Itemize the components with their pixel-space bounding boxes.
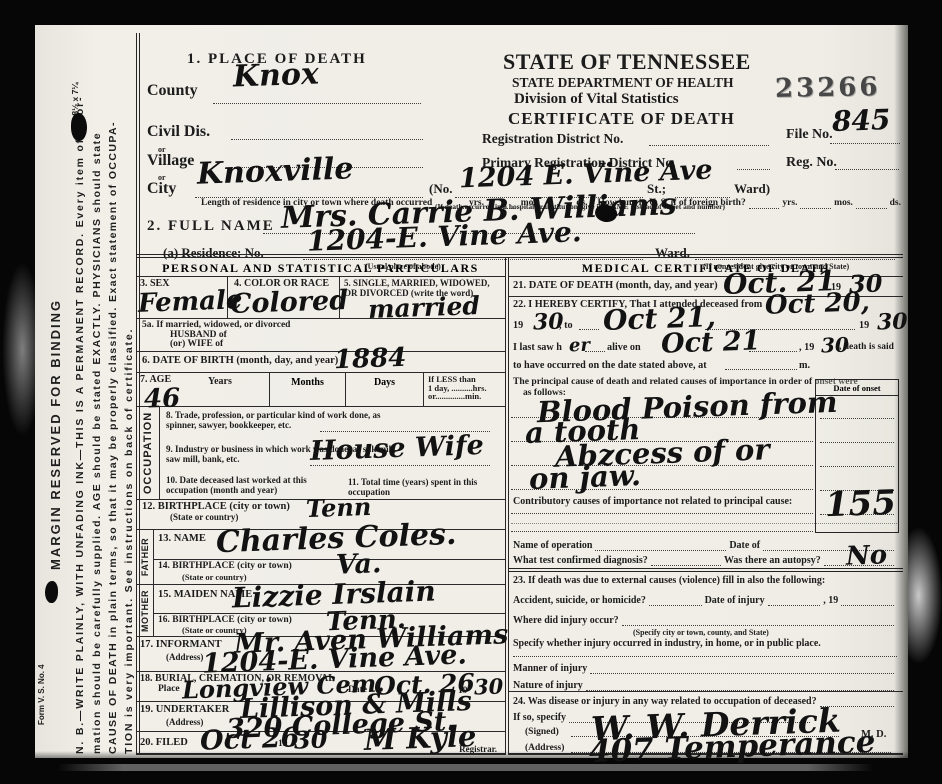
burial-year-value: 30 xyxy=(474,675,504,697)
autopsy-label: Was there an autopsy? xyxy=(724,556,821,566)
external-causes-block: 23. If death was due to external causes … xyxy=(509,572,903,692)
filed-row: 20. FILED Oct 26 19 30 M Kyle Registrar. xyxy=(136,732,505,755)
yrs-label: yrs. xyxy=(782,199,797,209)
occupation-content-cell: 8. Trade, profession, or particular kind… xyxy=(160,407,505,499)
spouse-row: 5a. If married, widowed, or divorced HUS… xyxy=(136,319,505,352)
dotted-line xyxy=(820,442,894,443)
item19-address-label: (Address) xyxy=(166,718,203,727)
age-years-cell: 7. AGE Years 46 xyxy=(136,373,270,406)
personal-section-title: PERSONAL AND STATISTICAL PARTICULARS xyxy=(136,258,505,277)
less-than-line3: or..............min. xyxy=(428,392,503,401)
mos-label: mos. xyxy=(834,199,853,209)
marital-cell: 5. SINGLE, MARRIED, WIDOWED, OR DIVORCED… xyxy=(340,277,505,318)
injury-date-label: Date of injury xyxy=(705,596,765,606)
specify-place-label: Specify whether injury occurred in indus… xyxy=(513,639,821,649)
age-days-cell: Days xyxy=(346,373,424,406)
dotted-line xyxy=(820,466,894,467)
occurred-label: to have occurred on the date stated abov… xyxy=(513,361,707,371)
physician-address-label: (Address) xyxy=(525,744,564,754)
item23-label: 23. If death was due to external causes … xyxy=(513,576,825,586)
dotted-line xyxy=(511,531,813,532)
sex-value: Female xyxy=(138,287,243,317)
city-label: City xyxy=(147,181,176,197)
dotted-line xyxy=(841,603,894,606)
item20-label: 20. FILED xyxy=(140,738,188,749)
signed-label: (Signed) xyxy=(525,728,559,738)
item14-label: 14. BIRTHPLACE (city or town) xyxy=(158,562,292,572)
father-label-cell: FATHER xyxy=(136,530,154,584)
division-title: Division of Vital Statistics xyxy=(514,92,679,107)
age-months-cell: Months xyxy=(270,373,346,406)
ink-blob xyxy=(71,113,87,141)
dob-label: 6. DATE OF BIRTH (month, day, and year) xyxy=(142,356,338,367)
certificate-stamp-number: 23266 xyxy=(775,74,881,102)
ds-label: ds. xyxy=(890,199,901,209)
ink-blob xyxy=(45,581,58,603)
operation-row: Name of operation Date of xyxy=(509,534,903,551)
dotted-line xyxy=(622,623,894,626)
item21-label: 21. DATE OF DEATH (month, day, and year) xyxy=(513,281,718,292)
cause-line-4: on jaw. xyxy=(529,461,642,494)
manner-injury-label: Manner of injury xyxy=(513,664,587,674)
burial-place-label: Place xyxy=(158,685,180,695)
specify-city-note: (Specify city or town, county, and State… xyxy=(633,629,769,637)
last-saw-label: I last saw h xyxy=(513,343,562,353)
attended-from-value: Oct 20, xyxy=(765,289,871,319)
dotted-line xyxy=(231,123,423,140)
age-value: 46 xyxy=(144,385,181,412)
father-block: FATHER 13. NAME Charles Coles. 14. BIRTH… xyxy=(136,530,505,585)
file-no-value: 845 xyxy=(832,106,891,136)
sex-cell: 3. SEX Female xyxy=(136,277,228,318)
medical-section-title: MEDICAL CERTIFICATE OF DEATH xyxy=(509,258,903,277)
age-row: 7. AGE Years 46 Months Days If LESS than… xyxy=(136,373,505,407)
nb-instruction-line-3: CAUSE OF DEATH in plain terms, so that i… xyxy=(108,121,119,754)
filed-year-value: 30 xyxy=(294,727,328,752)
street-no-label: (No. xyxy=(429,182,452,195)
dotted-line xyxy=(649,131,769,146)
occupation-block: OCCUPATION 8. Trade, profession, or part… xyxy=(136,407,505,500)
dotted-line xyxy=(590,671,894,674)
item10-label: 10. Date deceased last worked at this oc… xyxy=(166,475,318,496)
printed-19: , 19 xyxy=(823,596,838,606)
scanned-death-certificate: Form V. S. No. 4 MARGIN RESERVED FOR BIN… xyxy=(0,0,942,784)
registration-district-label: Registration District No. xyxy=(482,132,623,146)
dotted-line xyxy=(856,206,887,209)
file-no-label: File No. xyxy=(786,128,833,142)
alive-on-label: alive on xyxy=(607,343,641,353)
county-label: County xyxy=(147,83,198,99)
registrar-signature: M Kyle xyxy=(364,722,477,755)
dob-value: 1884 xyxy=(334,345,407,374)
dotted-line xyxy=(768,603,821,606)
certify-cause-block: 22. I HEREBY CERTIFY, That I attended de… xyxy=(509,297,903,534)
scan-edge-strip xyxy=(58,764,873,771)
item19-label: 19. UNDERTAKER xyxy=(140,705,229,716)
autopsy-row: What test confirmed diagnosis? Was there… xyxy=(509,551,903,572)
marital-value: married xyxy=(368,293,481,322)
operation-label: Name of operation xyxy=(513,541,592,551)
item14-value: Va. xyxy=(336,550,382,579)
dotted-line xyxy=(737,155,770,170)
item14-sublabel: (State or country) xyxy=(182,573,247,582)
item13-label: 13. NAME xyxy=(158,534,206,545)
years-header: Years xyxy=(208,377,232,387)
civil-district-label: Civil Dis. xyxy=(147,124,210,140)
from-year-value: 30 xyxy=(533,310,564,333)
color-race-cell: 4. COLOR OR RACE Colored xyxy=(228,277,340,318)
to-year-value: 30 xyxy=(877,310,908,333)
dotted-line xyxy=(835,155,899,170)
father-vertical-label: FATHER xyxy=(140,538,150,576)
physician-address-value: 407 Temperance xyxy=(589,727,876,768)
nature-injury-label: Nature of injury xyxy=(513,681,583,691)
printed-19: 19 xyxy=(859,321,869,331)
personal-particulars-column: PERSONAL AND STATISTICAL PARTICULARS 3. … xyxy=(136,258,505,755)
form-number-note: Form V. S. No. 4 xyxy=(38,664,46,725)
father-name-row: 13. NAME Charles Coles. xyxy=(154,530,505,560)
test-label: What test confirmed diagnosis? xyxy=(513,556,648,566)
date-of-label: Date of xyxy=(729,541,760,551)
nb-instruction-line-2: mation should be carefully supplied. AGE… xyxy=(92,132,103,754)
if-so-label: If so, specify xyxy=(513,713,566,723)
medical-certificate-column: MEDICAL CERTIFICATE OF DEATH 21. DATE OF… xyxy=(509,258,903,755)
occupation-relation-block: 24. Was disease or injury in any way rel… xyxy=(509,692,903,755)
age-less-cell: If LESS than 1 day, ..........hrs. or...… xyxy=(424,373,505,406)
informant-row: 17. INFORMANT (Address) Mr. Aven William… xyxy=(136,637,505,672)
nb-instruction-line-1: N. B.—WRITE PLAINLY, WITH UNFADING INK—T… xyxy=(75,96,86,754)
color-race-value: Colored xyxy=(230,287,349,318)
scan-glare-left xyxy=(2,262,36,437)
item17-address-label: (Address) xyxy=(166,653,203,662)
scan-glare-right xyxy=(903,528,942,663)
city-value: Knoxville xyxy=(197,154,354,189)
accident-label: Accident, suicide, or homicide? xyxy=(513,596,646,606)
mother-label-cell: MOTHER xyxy=(136,585,154,636)
ward-label: Ward) xyxy=(734,182,770,195)
dotted-line xyxy=(651,563,721,566)
dotted-line xyxy=(649,603,702,606)
dotted-line xyxy=(800,206,831,209)
item8-label: 8. Trade, profession, or particular kind… xyxy=(166,410,396,431)
father-content-cell: 13. NAME Charles Coles. 14. BIRTHPLACE (… xyxy=(154,530,505,584)
dotted-line xyxy=(579,321,599,330)
autopsy-value: No xyxy=(845,542,887,569)
village-label: Village xyxy=(147,153,194,169)
where-injury-label: Where did injury occur? xyxy=(513,616,619,626)
dotted-line xyxy=(586,688,894,691)
last-saw-pronoun: er xyxy=(569,337,591,356)
department-title: STATE DEPARTMENT OF HEALTH xyxy=(512,76,733,90)
filed-date-value: Oct 26 xyxy=(200,724,300,754)
full-name-label: 2. FULL NAME xyxy=(147,219,275,234)
item9-value: House Wife xyxy=(310,432,485,465)
last-saw-year-value: 30 xyxy=(821,335,850,356)
printed-19: 19 xyxy=(513,321,523,331)
m-label: m. xyxy=(799,361,810,371)
reg-no-label: Reg. No. xyxy=(786,156,837,170)
dotted-line xyxy=(749,206,780,209)
nb-instruction-line-4: TION is very important. See instructions… xyxy=(124,328,135,754)
onset-code-value: 155 xyxy=(824,486,896,522)
occupation-vertical-label: OCCUPATION xyxy=(142,412,154,494)
contributory-label: Contributory causes of importance not re… xyxy=(513,497,792,507)
mother-vertical-label: MOTHER xyxy=(140,590,150,632)
state-title: STATE OF TENNESSEE xyxy=(503,51,751,73)
certificate-title: CERTIFICATE OF DEATH xyxy=(508,110,735,127)
item12-value: Tenn xyxy=(306,495,372,521)
dotted-line xyxy=(511,513,813,514)
binding-margin-note: MARGIN RESERVED FOR BINDING xyxy=(49,299,62,570)
dotted-line xyxy=(513,656,897,657)
last-saw-date-value: Oct 21 xyxy=(661,327,761,357)
occupation-label-cell: OCCUPATION xyxy=(136,407,160,499)
date-of-birth-row: 6. DATE OF BIRTH (month, day, and year) … xyxy=(136,352,505,373)
dotted-line xyxy=(725,361,797,370)
printed-19: , 19 xyxy=(799,343,814,353)
sex-race-marital-row: 3. SEX Female 4. COLOR OR RACE Colored 5… xyxy=(136,277,505,319)
county-value: Knox xyxy=(233,60,320,93)
certificate-sheet: Form V. S. No. 4 MARGIN RESERVED FOR BIN… xyxy=(35,25,908,758)
